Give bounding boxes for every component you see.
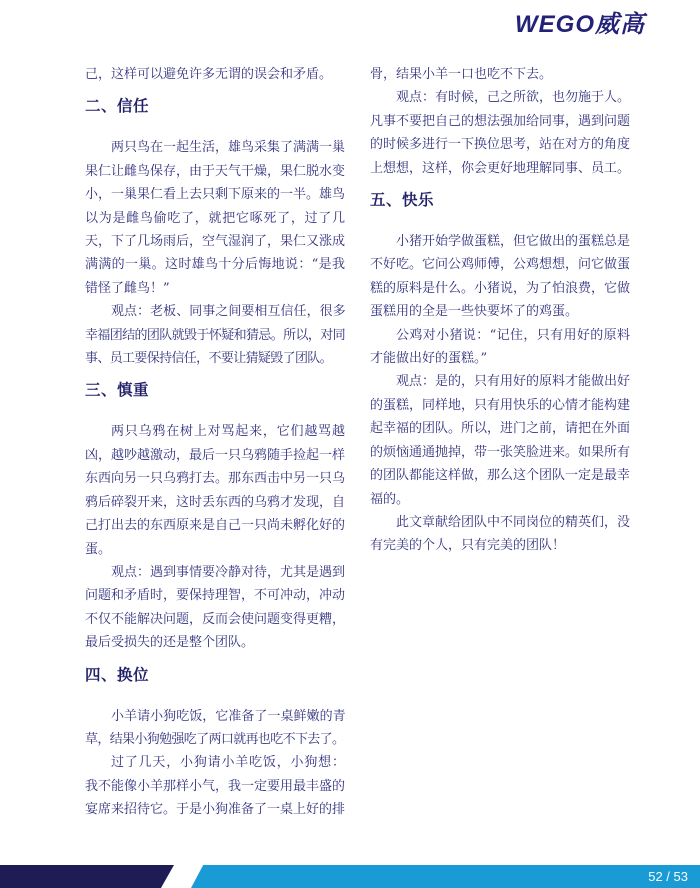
paragraph: 观点：是的，只有用好的原料才能做出好的蛋糕，同样地，只有用快乐的心情才能构建起幸… — [370, 370, 630, 510]
right-column: 骨，结果小羊一口也吃不下去。 观点：有时候，己之所欲，也勿施于人。凡事不要把自己… — [370, 63, 630, 558]
footer-navy-stripe — [0, 865, 174, 888]
footer-bar: 52 / 53 — [0, 865, 700, 888]
document-page: WEGO威高 己，这样可以避免许多无谓的误会和矛盾。 二、信任 两只鸟在一起生活… — [0, 0, 700, 888]
paragraph: 小猪开始学做蛋糕，但它做出的蛋糕总是不好吃。它问公鸡师傅，公鸡想想，问它做蛋糕的… — [370, 230, 630, 324]
footer-blue-stripe: 52 / 53 — [191, 865, 700, 888]
section-heading-perspective: 四、换位 — [85, 664, 345, 688]
section-heading-caution: 三、慎重 — [85, 379, 345, 403]
paragraph: 两只乌鸦在树上对骂起来，它们越骂越凶，越吵越激动，最后一只乌鸦随手捡起一样东西向… — [85, 420, 345, 560]
paragraph: 小羊请小狗吃饭，它准备了一桌鲜嫩的青草，结果小狗勉强吃了两口就再也吃不下去了。 — [85, 705, 345, 752]
left-column: 己，这样可以避免许多无谓的误会和矛盾。 二、信任 两只鸟在一起生活，雄鸟采集了满… — [85, 63, 345, 822]
wego-logo: WEGO威高 — [515, 4, 645, 39]
paragraph: 己，这样可以避免许多无谓的误会和矛盾。 — [85, 63, 345, 86]
section-heading-trust: 二、信任 — [85, 95, 345, 119]
paragraph: 观点：有时候，己之所欲，也勿施于人。凡事不要把自己的想法强加给同事，遇到问题的时… — [370, 86, 630, 180]
paragraph: 观点：老板、同事之间要相互信任，很多幸福团结的团队就毁于怀疑和猜忌。所以，对同事… — [85, 300, 345, 370]
section-heading-happiness: 五、快乐 — [370, 189, 630, 213]
paragraph: 观点：遇到事情要冷静对待，尤其是遇到问题和矛盾时，要保持理智，不可冲动，冲动不仅… — [85, 561, 345, 655]
paragraph: 骨，结果小羊一口也吃不下去。 — [370, 63, 630, 86]
paragraph: 我不能像小羊那样小气，我一定要用最丰盛的宴席来招待它。于是小狗准备了一桌上好的排 — [85, 775, 345, 822]
paragraph: 公鸡对小猪说：“记住，只有用好的原料才能做出好的蛋糕。” — [370, 324, 630, 371]
page-number: 52 / 53 — [648, 865, 688, 888]
paragraph: 此文章献给团队中不同岗位的精英们，没有完美的个人，只有完美的团队！ — [370, 511, 630, 558]
paragraph: 两只鸟在一起生活，雄鸟采集了满满一巢果仁让雌鸟保存，由于天气干燥，果仁脱水变小，… — [85, 136, 345, 300]
paragraph: 过了几天，小狗请小羊吃饭，小狗想： — [85, 751, 345, 774]
